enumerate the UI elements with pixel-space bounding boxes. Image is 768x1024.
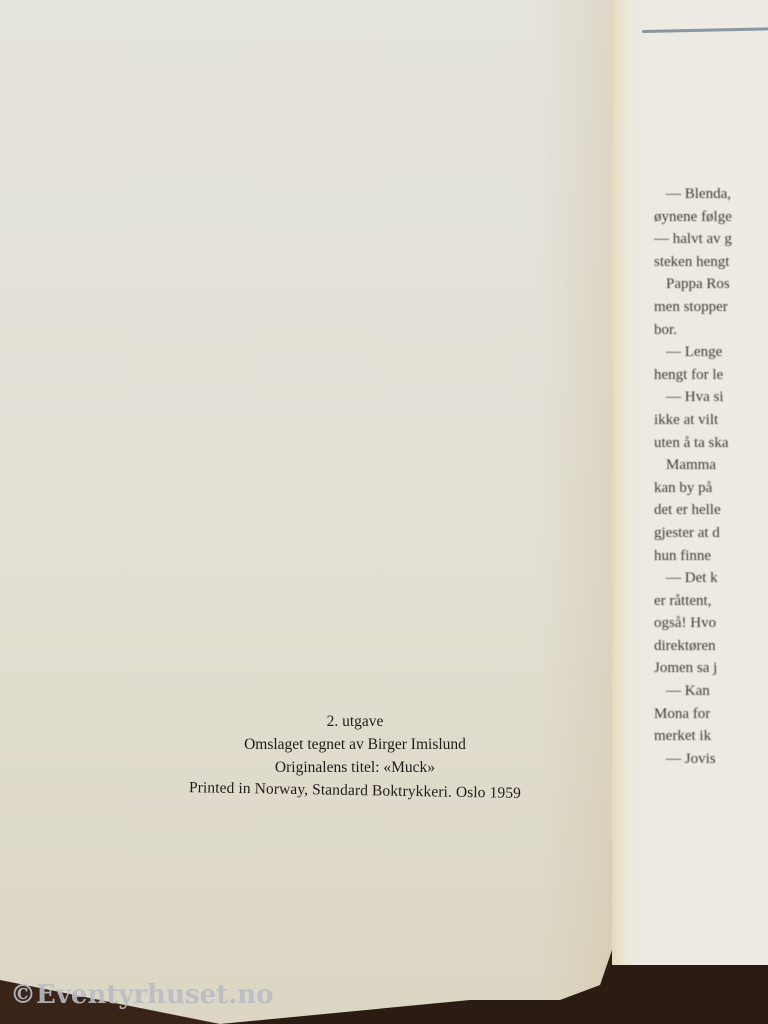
text-line: — halvt av g [654, 228, 768, 251]
text-line: Jomen sa j [654, 657, 768, 680]
text-line: merket ik [654, 725, 768, 748]
colophon: 2. utgave Omslaget tegnet av Birger Imis… [140, 710, 570, 802]
text-line: Mona for [654, 703, 768, 726]
text-line: — Hva si [654, 386, 768, 409]
watermark: ©Eventyrhuset.no [10, 980, 273, 1010]
body-text: — Blenda, øynene følge — halvt av g stek… [654, 183, 768, 770]
edition-text: 2. utgave [140, 710, 570, 733]
text-line: steken hengt [654, 251, 768, 274]
text-line: det er helle [654, 499, 768, 522]
left-book-page: 2. utgave Omslaget tegnet av Birger Imis… [0, 0, 612, 1024]
text-line: direktøren [654, 635, 768, 658]
text-line: hengt for le [654, 364, 768, 387]
text-line: — Jovis [654, 748, 768, 771]
text-line: bor. [654, 319, 768, 342]
right-book-page: — Blenda, øynene følge — halvt av g stek… [612, 0, 768, 965]
printer-text: Printed in Norway, Standard Boktrykkeri.… [140, 775, 570, 806]
text-line: — Kan [654, 680, 768, 703]
text-line: uten å ta ska [654, 432, 768, 455]
text-line: øynene følge [654, 206, 768, 229]
text-line: ikke at vilt [654, 409, 768, 432]
text-line: Pappa Ros [654, 273, 768, 296]
text-line: — Det k [654, 567, 768, 590]
text-line: — Blenda, [654, 183, 768, 206]
original-title-text: Originalens titel: «Muck» [140, 756, 570, 779]
text-line: gjester at d [654, 522, 768, 545]
cover-credit-text: Omslaget tegnet av Birger Imislund [140, 733, 570, 756]
text-line: er råttent, [654, 590, 768, 613]
text-line: Mamma [654, 454, 768, 477]
header-rule [642, 27, 768, 33]
text-line: — Lenge [654, 341, 768, 364]
text-line: hun finne [654, 545, 768, 568]
text-line: også! Hvo [654, 612, 768, 635]
text-line: men stopper [654, 296, 768, 319]
text-line: kan by på [654, 477, 768, 500]
